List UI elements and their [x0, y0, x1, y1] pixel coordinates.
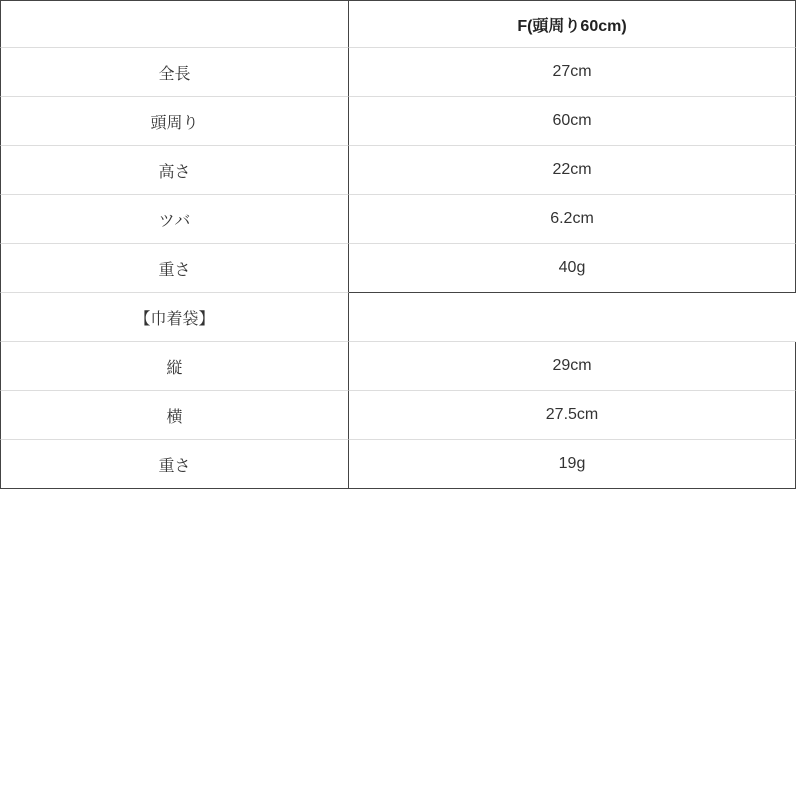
row-label: 頭周り [0, 97, 349, 146]
section-empty-cell [349, 293, 796, 342]
row-value: 60cm [349, 97, 796, 146]
row-label: 横 [0, 391, 349, 440]
header-size-cell: F(頭周り60cm) [349, 0, 796, 48]
table-row: 頭周り 60cm [0, 97, 796, 146]
table-row: ツバ 6.2cm [0, 195, 796, 244]
row-label: ツバ [0, 195, 349, 244]
table-row: 全長 27cm [0, 48, 796, 97]
row-label: 重さ [0, 244, 349, 293]
size-spec-table: F(頭周り60cm) 全長 27cm 頭周り 60cm 高さ 22cm ツバ 6… [0, 0, 796, 489]
row-value: 27cm [349, 48, 796, 97]
row-label: 高さ [0, 146, 349, 195]
row-value: 6.2cm [349, 195, 796, 244]
row-value: 40g [349, 244, 796, 293]
header-label-cell [0, 0, 349, 48]
row-value: 29cm [349, 342, 796, 391]
table-row: 重さ 40g [0, 244, 796, 293]
row-value: 22cm [349, 146, 796, 195]
table-row-section: 【巾着袋】 [0, 293, 796, 342]
section-label: 【巾着袋】 [0, 293, 349, 342]
row-value: 19g [349, 440, 796, 489]
table-row: 重さ 19g [0, 440, 796, 489]
row-label: 全長 [0, 48, 349, 97]
table-row: 縦 29cm [0, 342, 796, 391]
row-label: 縦 [0, 342, 349, 391]
table-row: 高さ 22cm [0, 146, 796, 195]
row-value: 27.5cm [349, 391, 796, 440]
row-label: 重さ [0, 440, 349, 489]
header-row: F(頭周り60cm) [0, 0, 796, 48]
table-row: 横 27.5cm [0, 391, 796, 440]
